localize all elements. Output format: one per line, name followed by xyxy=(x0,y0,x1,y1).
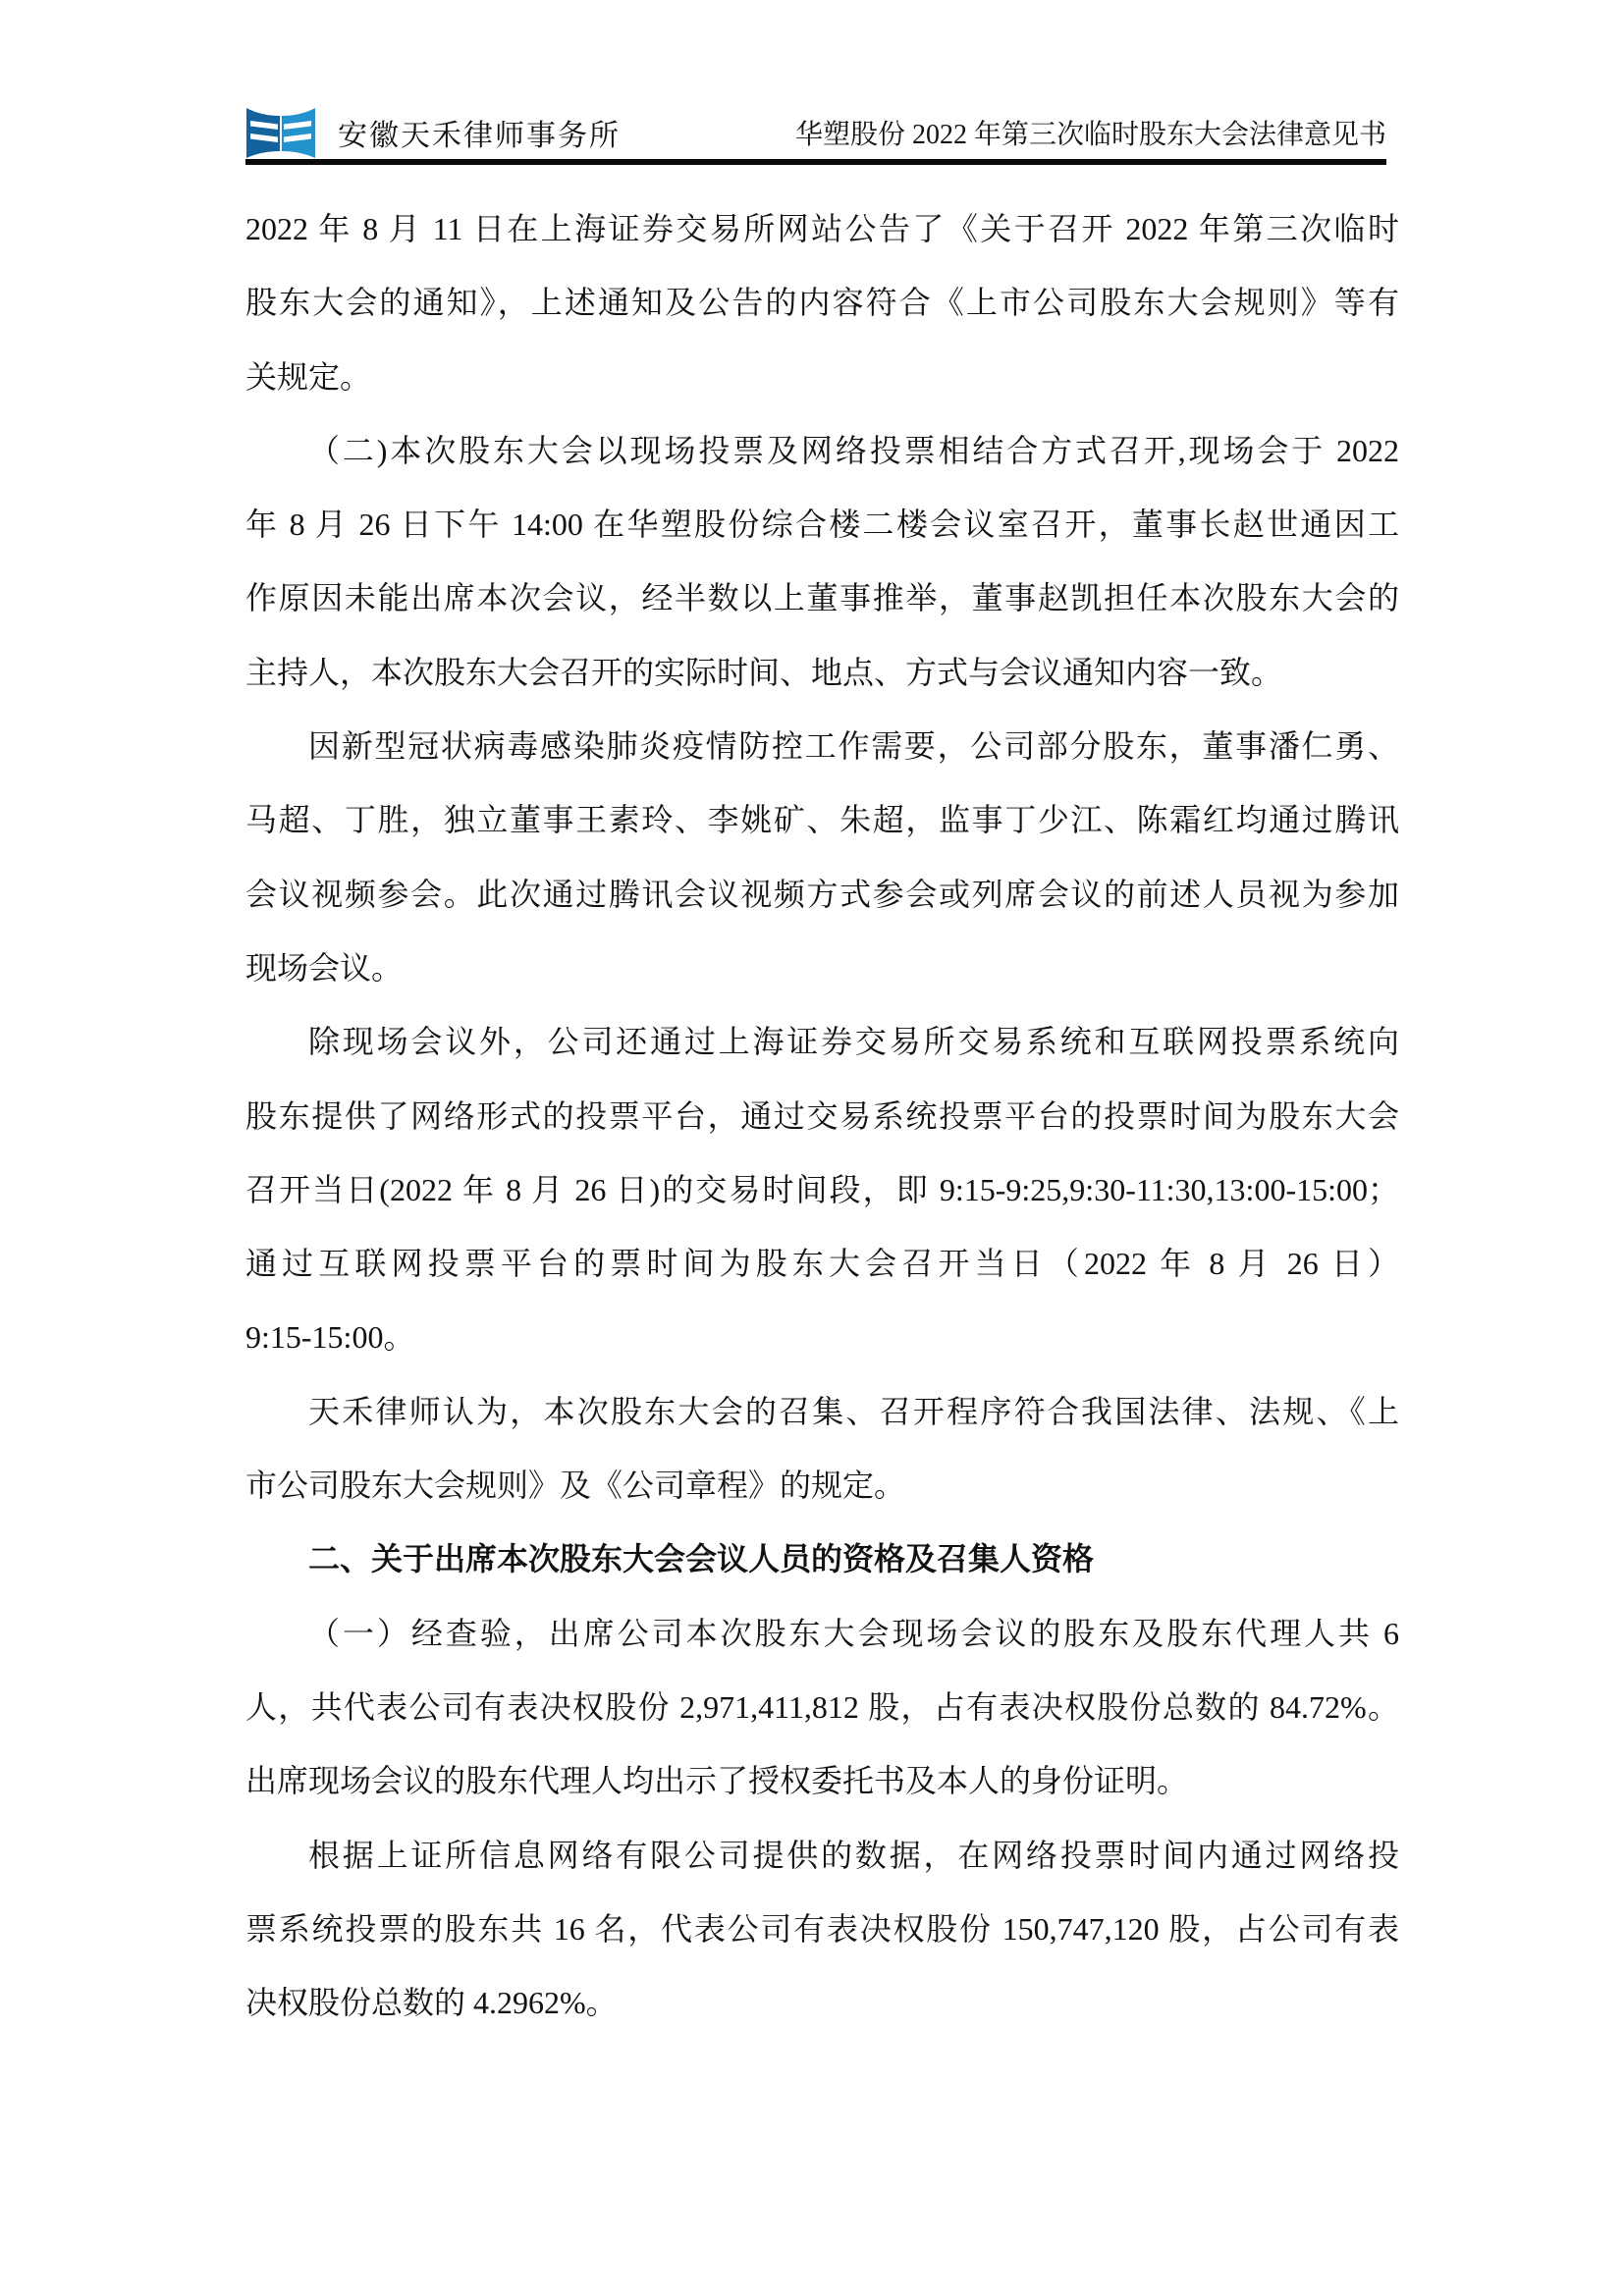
paragraph-line: 会议视频参会。此次通过腾讯会议视频方式参会或列席会议的前述人员视为参加 xyxy=(245,858,1399,932)
paragraph-line: 市公司股东大会规则》及《公司章程》的规定。 xyxy=(245,1449,1399,1522)
paragraph-line: 除现场会议外，公司还通过上海证券交易所交易系统和互联网投票系统向 xyxy=(245,1005,1399,1079)
paragraph-line: 关规定。 xyxy=(245,341,1399,414)
paragraph-line: 决权股份总数的 4.2962%。 xyxy=(245,1966,1399,2040)
paragraph-line: 年 8 月 26 日下午 14:00 在华塑股份综合楼二楼会议室召开，董事长赵世… xyxy=(245,488,1399,561)
paragraph-line: 9:15-15:00。 xyxy=(245,1301,1399,1374)
paragraph-line: 人，共代表公司有表决权股份 2,971,411,812 股，占有表决权股份总数的… xyxy=(245,1671,1399,1744)
paragraph-line: 出席现场会议的股东代理人均出示了授权委托书及本人的身份证明。 xyxy=(245,1744,1399,1818)
paragraph-line: 马超、丁胜，独立董事王素玲、李姚矿、朱超，监事丁少江、陈霜红均通过腾讯 xyxy=(245,783,1399,857)
paragraph-line: （一）经查验，出席公司本次股东大会现场会议的股东及股东代理人共 6 xyxy=(245,1597,1399,1671)
header-rule xyxy=(245,159,1386,165)
page-header: 安徽天禾律师事务所 华塑股份 2022 年第三次临时股东大会法律意见书 xyxy=(245,106,1386,159)
header-firm-name: 安徽天禾律师事务所 xyxy=(338,111,621,154)
header-doc-title: 华塑股份 2022 年第三次临时股东大会法律意见书 xyxy=(795,113,1386,152)
paragraph-line: 因新型冠状病毒感染肺炎疫情防控工作需要，公司部分股东，董事潘仁勇、 xyxy=(245,710,1399,783)
paragraph-line: 通过互联网投票平台的票时间为股东大会召开当日（2022 年 8 月 26 日） xyxy=(245,1227,1399,1301)
document-page: 安徽天禾律师事务所 华塑股份 2022 年第三次临时股东大会法律意见书 2022… xyxy=(0,0,1624,2296)
paragraph-line: 召开当日(2022 年 8 月 26 日)的交易时间段，即 9:15-9:25,… xyxy=(245,1153,1399,1227)
paragraph-line: 票系统投票的股东共 16 名，代表公司有表决权股份 150,747,120 股，… xyxy=(245,1893,1399,1966)
paragraph-line: 主持人，本次股东大会召开的实际时间、地点、方式与会议通知内容一致。 xyxy=(245,636,1399,710)
document-body: 2022 年 8 月 11 日在上海证券交易所网站公告了《关于召开 2022 年… xyxy=(245,192,1399,2040)
paragraph-line: 股东大会的通知》，上述通知及公告的内容符合《上市公司股东大会规则》等有 xyxy=(245,266,1399,340)
paragraph-line: 根据上证所信息网络有限公司提供的数据，在网络投票时间内通过网络投 xyxy=(245,1819,1399,1893)
paragraph-line: 2022 年 8 月 11 日在上海证券交易所网站公告了《关于召开 2022 年… xyxy=(245,192,1399,266)
paragraph-line: 作原因未能出席本次会议，经半数以上董事推举，董事赵凯担任本次股东大会的 xyxy=(245,561,1399,635)
law-firm-open-book-logo-icon xyxy=(245,107,316,158)
paragraph-line: 现场会议。 xyxy=(245,932,1399,1005)
paragraph-line: 天禾律师认为，本次股东大会的召集、召开程序符合我国法律、法规、《上 xyxy=(245,1375,1399,1449)
paragraph-line: （二)本次股东大会以现场投票及网络投票相结合方式召开,现场会于 2022 xyxy=(245,414,1399,488)
paragraph-line: 股东提供了网络形式的投票平台，通过交易系统投票平台的投票时间为股东大会 xyxy=(245,1080,1399,1153)
section-heading-line: 二、关于出席本次股东大会会议人员的资格及召集人资格 xyxy=(245,1522,1399,1596)
